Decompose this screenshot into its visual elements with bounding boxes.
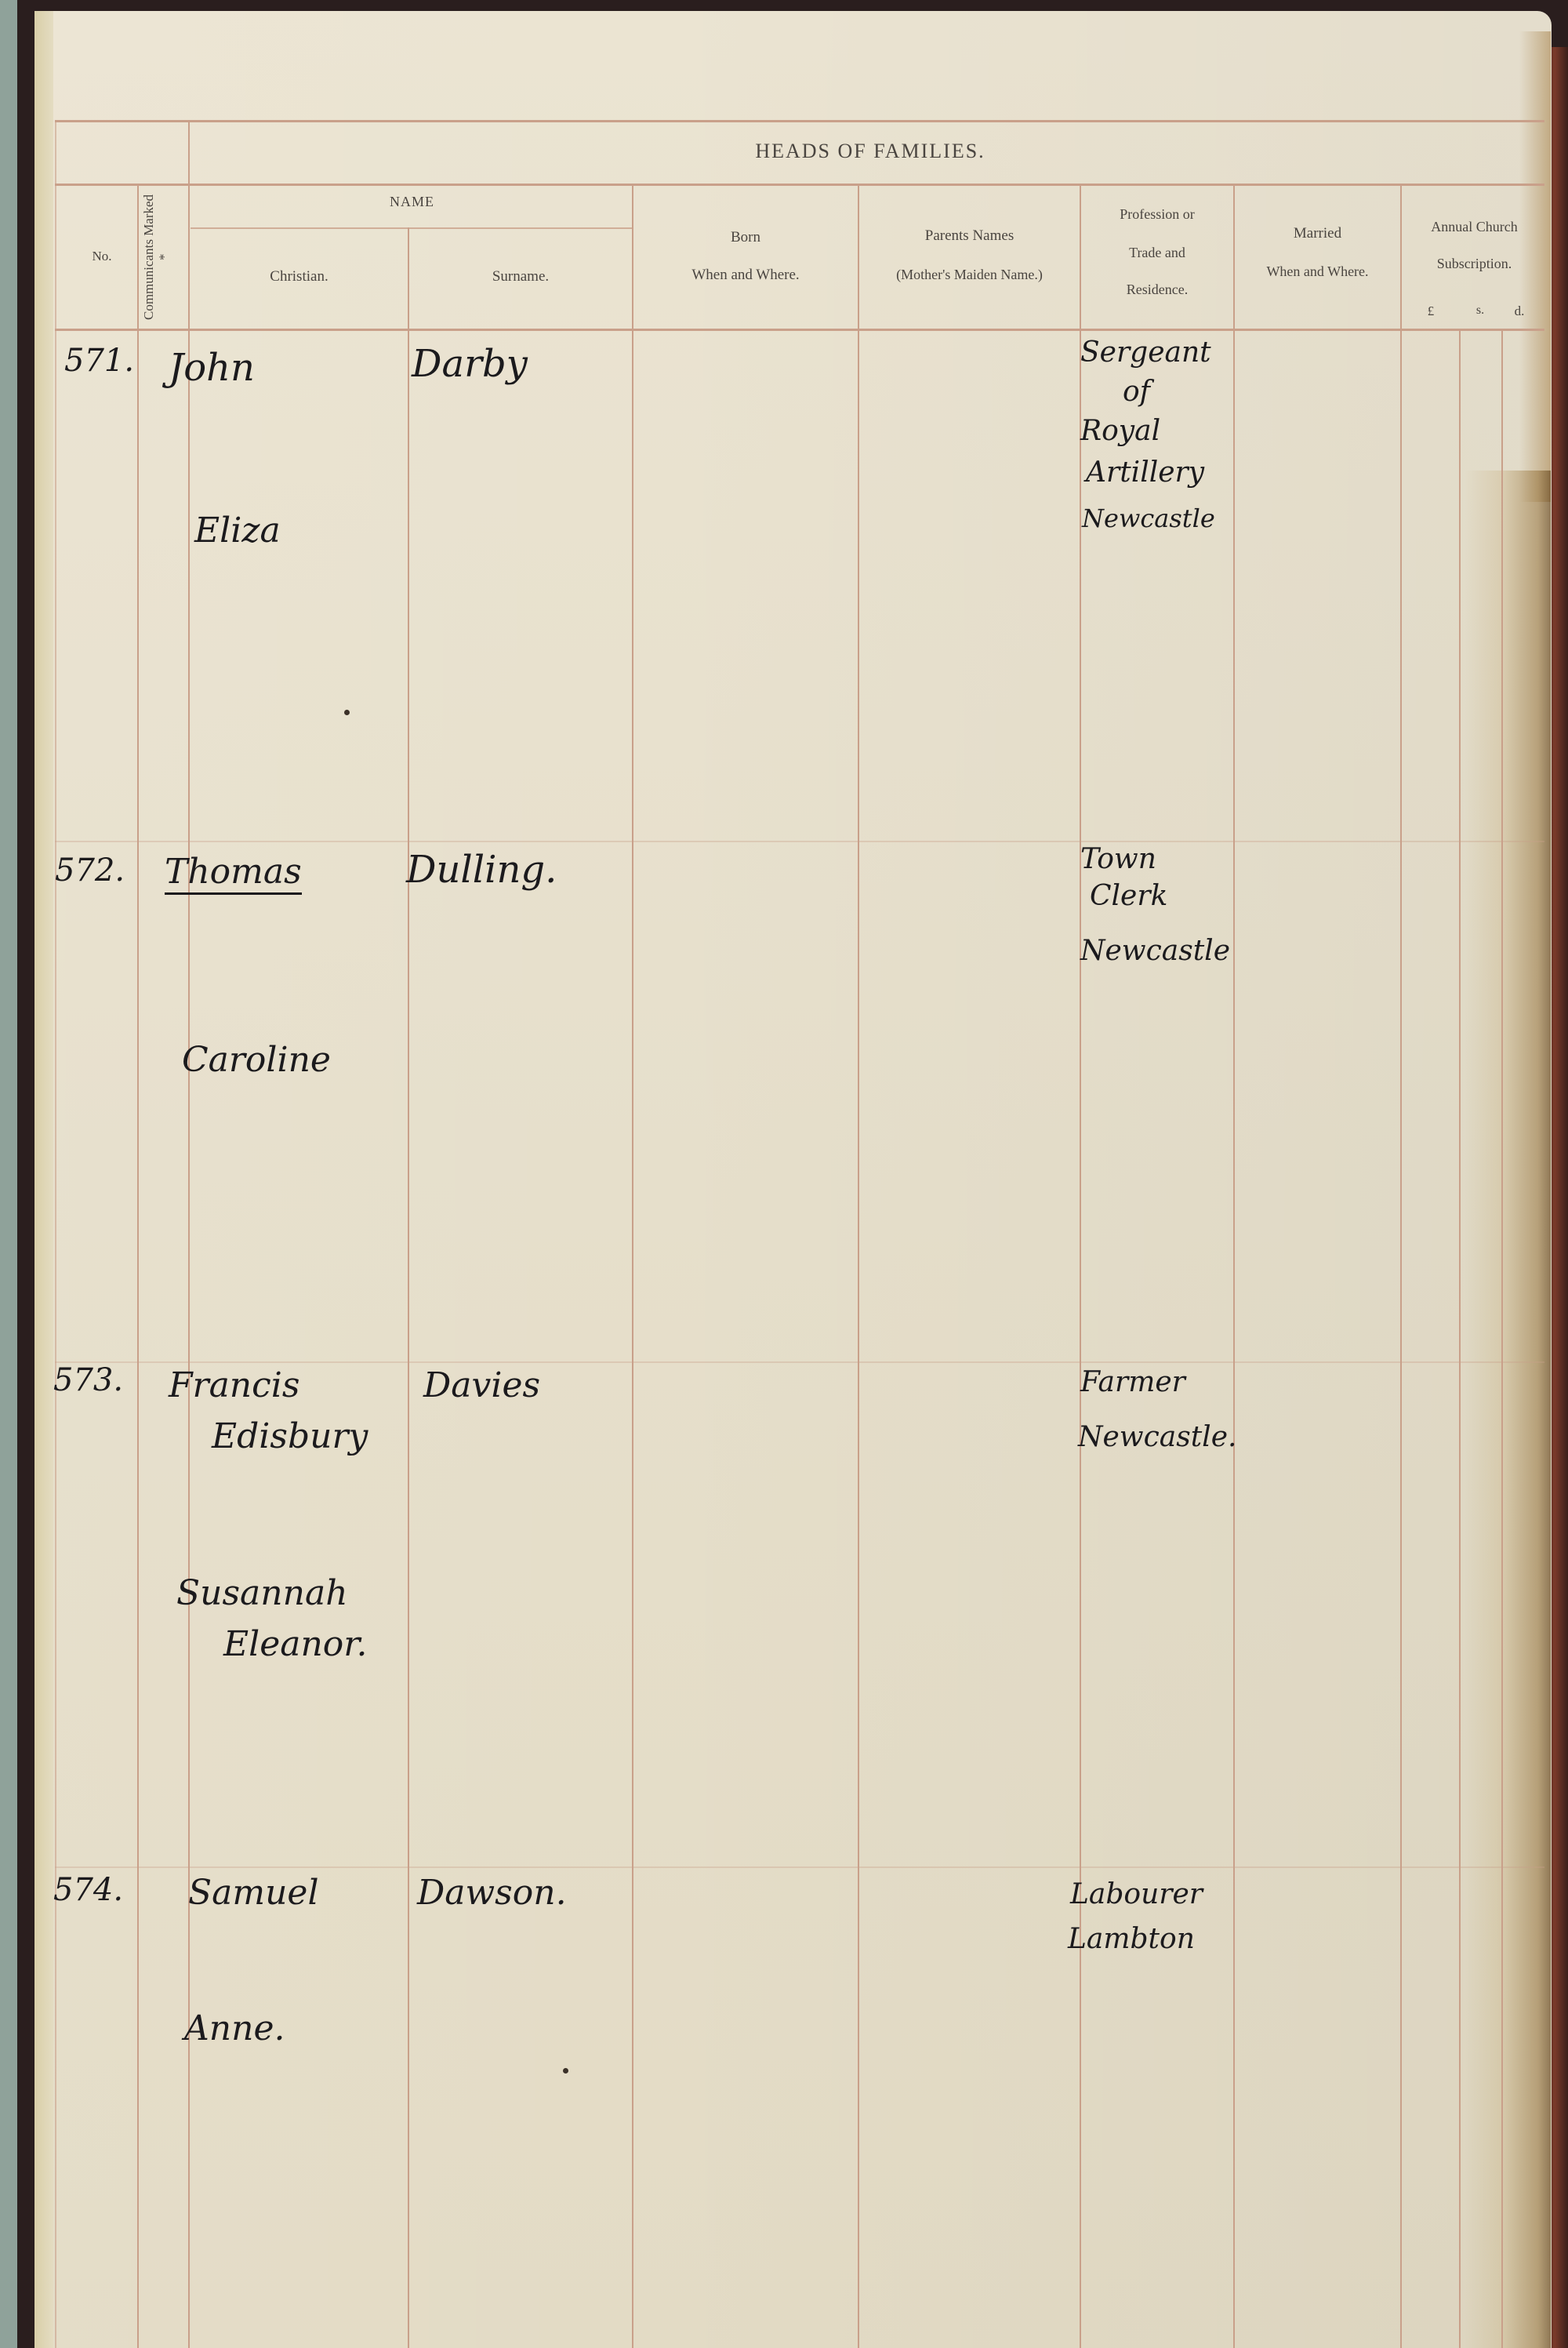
rule-surname-born xyxy=(632,184,633,2348)
entry-number: 572. xyxy=(55,855,125,886)
christian-name: Susannah xyxy=(176,1576,348,1611)
christian-name: Eleanor. xyxy=(223,1627,367,1662)
column-header-name-group: NAME xyxy=(191,194,633,209)
christian-name: Thomas xyxy=(165,855,302,895)
rule-no-communicants xyxy=(137,184,139,2348)
column-header-pounds: £ xyxy=(1415,304,1446,318)
column-header-born-1: Born xyxy=(633,230,858,245)
rule-top-header xyxy=(55,120,1544,122)
profession-line: Labourer xyxy=(1070,1881,1203,1909)
rule-entry-574 xyxy=(55,1866,1544,1868)
rule-parents-profession xyxy=(1080,184,1081,2348)
rule-born-parents xyxy=(858,184,859,2348)
column-header-pence: d. xyxy=(1504,304,1535,318)
ink-speck xyxy=(344,710,350,715)
christian-name: Anne. xyxy=(184,2012,285,2046)
column-header-shillings: s. xyxy=(1465,304,1496,317)
column-header-married-2: When and Where. xyxy=(1235,264,1400,278)
profession-line: Lambton xyxy=(1068,1925,1195,1954)
profession-line: Artillery xyxy=(1086,459,1204,487)
register-page xyxy=(34,11,1552,2348)
section-title: HEADS OF FAMILIES. xyxy=(682,141,1058,162)
rule-christian-surname xyxy=(408,227,409,2348)
profession-line: Farmer xyxy=(1080,1368,1185,1397)
profession-line: Newcastle. xyxy=(1078,1423,1236,1452)
column-header-christian: Christian. xyxy=(191,269,408,284)
profession-line: Clerk xyxy=(1090,882,1167,910)
column-header-subscription-2: Subscription. xyxy=(1402,256,1547,271)
column-header-profession-2: Trade and xyxy=(1081,245,1233,260)
christian-name: John xyxy=(169,349,255,387)
christian-name: Samuel xyxy=(188,1876,319,1910)
rule-below-header xyxy=(55,329,1544,331)
rule-pounds-shillings xyxy=(1459,329,1461,2348)
column-header-profession-1: Profession or xyxy=(1081,207,1233,221)
profession-line: of xyxy=(1123,378,1150,406)
rule-left-margin xyxy=(55,120,56,2348)
christian-name: Edisbury xyxy=(212,1419,368,1454)
profession-line: Town xyxy=(1080,845,1156,874)
surname: Dulling. xyxy=(406,851,557,889)
rule-below-title xyxy=(55,184,1544,186)
surname: Davies xyxy=(423,1368,540,1403)
column-header-parents-2: (Mother's Maiden Name.) xyxy=(859,267,1080,282)
rule-entry-572 xyxy=(55,841,1544,842)
christian-name: Francis xyxy=(169,1368,299,1403)
profession-line: Royal xyxy=(1080,417,1160,445)
rule-shillings-pence xyxy=(1501,329,1503,2348)
profession-line: Newcastle xyxy=(1082,506,1215,531)
rule-entry-573 xyxy=(55,1361,1544,1363)
rule-married-subscription xyxy=(1400,184,1402,2348)
column-header-no: No. xyxy=(78,249,125,263)
column-header-communicants: Communicants Marked * xyxy=(141,192,185,322)
column-header-born-2: When and Where. xyxy=(633,267,858,282)
entry-number: 571. xyxy=(64,345,134,376)
christian-name: Caroline xyxy=(182,1043,331,1078)
column-header-subscription-1: Annual Church xyxy=(1402,220,1547,234)
column-header-married-1: Married xyxy=(1235,226,1400,241)
column-header-profession-3: Residence. xyxy=(1081,282,1233,296)
profession-line: Sergeant xyxy=(1080,339,1211,367)
surname: Darby xyxy=(412,345,528,383)
entry-number: 573. xyxy=(53,1365,123,1396)
christian-name: Eliza xyxy=(194,514,281,548)
profession-line: Newcastle xyxy=(1080,937,1230,965)
surname: Dawson. xyxy=(417,1876,567,1910)
rule-profession-married xyxy=(1233,184,1235,2348)
entry-number: 574. xyxy=(53,1874,123,1906)
column-header-parents-1: Parents Names xyxy=(859,228,1080,243)
column-header-surname: Surname. xyxy=(409,269,632,284)
ink-speck xyxy=(563,2068,568,2074)
rule-below-name-group xyxy=(191,227,633,229)
page-gutter xyxy=(34,11,53,2348)
